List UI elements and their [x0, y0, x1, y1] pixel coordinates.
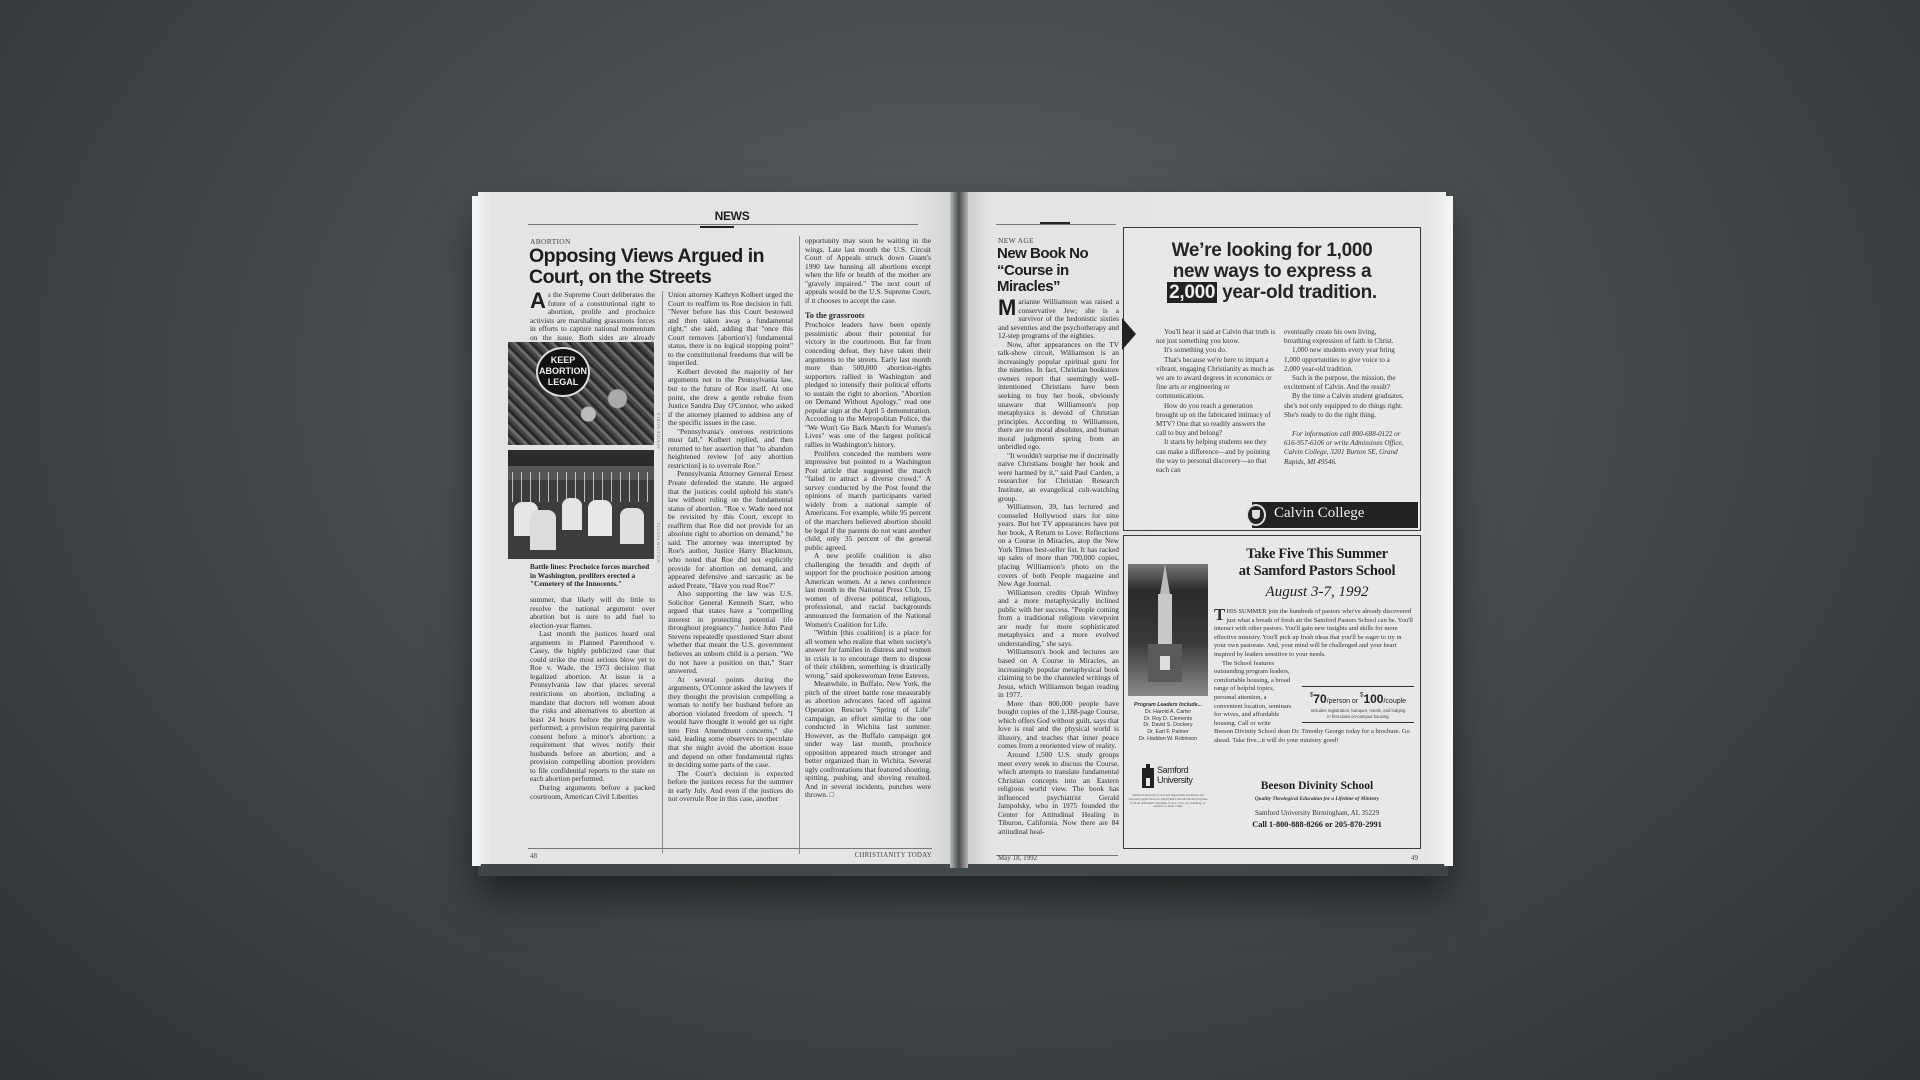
paragraph: How do you reach a generation brought up…: [1156, 402, 1276, 439]
paragraph: The School features outstanding program …: [1214, 660, 1296, 729]
headline-line-1: Opposing Views Argued in: [529, 246, 829, 267]
paragraph: Also supporting the law was U.S. Solicit…: [668, 590, 793, 675]
paragraph: Prolifers conceded the numbers were impr…: [805, 450, 931, 553]
paragraph: Around 1,500 U.S. study groups meet ever…: [998, 751, 1119, 836]
paragraph: During arguments before a packed courtro…: [530, 784, 655, 801]
price-label: /couple: [1383, 698, 1406, 705]
headline-line-2: Court, on the Streets: [529, 267, 829, 288]
paragraph: Williamson credits Oprah Winfrey and a m…: [998, 589, 1119, 649]
headline-line: “Course in: [997, 263, 1117, 280]
article-headline: New Book No “Course in Miracles”: [997, 246, 1117, 296]
leader-name: Dr. Earl F. Palmer: [1128, 729, 1208, 736]
contact-info: For information call 800-688-0122 or 616…: [1284, 430, 1404, 467]
top-rule: [528, 224, 918, 225]
ad-col1: You'll hear it said at Calvin that truth…: [1156, 328, 1276, 475]
top-rule: [996, 224, 1116, 225]
tombstone: [530, 510, 556, 550]
leader-name: Dr. Haddon W. Robinson: [1128, 736, 1208, 743]
col2: Union attorney Kathryn Kolbert urged the…: [668, 291, 793, 804]
school-tagline: Quality Theological Education for a Life…: [1214, 796, 1420, 802]
article-headline: Opposing Views Argued in Court, on the S…: [529, 246, 829, 288]
samford-logo-text: Samford University: [1157, 766, 1193, 785]
ad-body: THIS SUMMER join the hundreds of pastors…: [1214, 608, 1414, 746]
publication-title: CHRISTIANITY TODAY: [808, 852, 932, 859]
headline-line: New Book No: [997, 246, 1117, 263]
price-label: /person or: [1327, 698, 1360, 705]
paragraph: "Within [this coalition] is a place for …: [805, 629, 931, 680]
photo-cemetery: [508, 450, 654, 559]
paragraph: Beeson Divinity School dean Dr. Timothy …: [1214, 728, 1414, 745]
paragraph: Last month the justices heard oral argum…: [530, 630, 655, 784]
column-divider: [799, 236, 800, 854]
ad-dates: August 3-7, 1992: [1214, 584, 1420, 601]
ad-headline-line: 2,000 year-old tradition.: [1124, 282, 1420, 303]
dropcap: A: [530, 292, 546, 309]
eeo-note: Samford University is an Equal Opportuni…: [1128, 794, 1208, 809]
calvin-logo-text: Calvin College: [1274, 505, 1364, 522]
right-page: NEW AGE New Book No “Course in Miracles”…: [968, 192, 1446, 864]
samford-university-logo: Samford University: [1142, 766, 1202, 790]
calvin-logo-bar: Calvin College: [1252, 502, 1418, 528]
ad-col2: eventually create his own living, breath…: [1284, 328, 1404, 467]
section-marker: [1040, 222, 1070, 224]
paragraph: summer, that likely will do little to re…: [530, 596, 655, 630]
spine-gutter: [950, 192, 968, 868]
headline-rest: year-old tradition.: [1222, 282, 1377, 303]
paragraph: You'll hear it said at Calvin that truth…: [1156, 328, 1276, 346]
steeple: [1160, 564, 1170, 594]
paragraph: eventually create his own living, breath…: [1284, 328, 1404, 346]
paragraph: opportunity may soon be waiting in the w…: [805, 237, 931, 305]
paragraph: It's something you do.: [1156, 346, 1276, 355]
calvin-shield-icon: [1246, 504, 1266, 526]
price-couple: 100: [1363, 692, 1383, 706]
paragraph: At several points during the arguments, …: [668, 676, 793, 770]
leader-name: Dr. David S. Dockery: [1128, 722, 1208, 729]
paragraph: By the time a Calvin student graduates, …: [1284, 392, 1404, 420]
paragraph: Meanwhile, in Buffalo, New York, the pit…: [805, 680, 931, 800]
paragraph: More than 800,000 people have bought cop…: [998, 700, 1119, 751]
highlight-2000: 2,000: [1167, 282, 1217, 303]
price-person: 70: [1313, 692, 1326, 706]
chapel-door: [1160, 656, 1170, 670]
price-line: $70/person or $100/couple: [1302, 690, 1414, 708]
column-divider: [662, 291, 663, 853]
issue-date: May 18, 1992: [998, 854, 1037, 862]
samford-tower-icon: [1142, 768, 1154, 788]
price-note: Includes registration, banquet, meals, a…: [1302, 708, 1414, 719]
school-address: Samford University Birmingham, AL 35229: [1214, 809, 1420, 817]
ad-headline-line: Take Five This Summer: [1214, 546, 1420, 563]
photo1-credit: APWIDE WORLD: [656, 412, 661, 449]
tombstone: [588, 500, 612, 536]
paragraph: Union attorney Kathryn Kolbert urged the…: [668, 291, 793, 368]
arrow-marker-icon: [1122, 318, 1136, 350]
paragraph: Kolbert devoted the majority of her argu…: [668, 368, 793, 428]
article-kicker: NEW AGE: [998, 236, 1034, 245]
paragraph: "Pennsylvania's onerous restrictions mus…: [668, 428, 793, 471]
col3: opportunity may soon be waiting in the w…: [805, 237, 931, 800]
dropcap: M: [998, 299, 1016, 316]
paragraph: Such is the purpose, the mission, the ex…: [1284, 374, 1404, 392]
paragraph: Prochoice leaders have been openly pessi…: [805, 321, 931, 449]
paragraph: Pennsylvania Attorney General Ernest Pre…: [668, 470, 793, 590]
dropcap: T: [1214, 608, 1225, 622]
school-name: Beeson Divinity School: [1214, 780, 1420, 792]
photo2-credit: WILLIAM POVATA: [656, 522, 661, 563]
program-leaders: Program Leaders Include... Dr. Harold A.…: [1128, 702, 1208, 743]
footer-rule: [528, 848, 932, 849]
chapel-photo: [1128, 564, 1208, 696]
price-box: $70/person or $100/couple Includes regis…: [1302, 686, 1414, 723]
paragraph: Now, after appearances on the TV talk-sh…: [998, 341, 1119, 452]
crosses: [508, 472, 654, 502]
magazine-spread: NEWS ABORTION Opposing Views Argued in C…: [478, 192, 1446, 868]
photo-protest: KEEP ABORTION LEGAL: [508, 342, 654, 445]
leaders-title: Program Leaders Include...: [1128, 702, 1208, 709]
logo-line: University: [1157, 776, 1193, 786]
left-page: NEWS ABORTION Opposing Views Argued in C…: [478, 192, 950, 864]
paragraph: Williamson's book and lectures are based…: [998, 648, 1119, 699]
paragraph: The Court's decision is expected before …: [668, 770, 793, 804]
section-underline: [700, 226, 734, 228]
tombstone: [562, 498, 582, 530]
samford-pastors-school-ad: Take Five This Summer at Samford Pastors…: [1123, 535, 1421, 849]
paragraph: join the hundreds of pastors who've alre…: [1214, 608, 1413, 658]
tower: [1158, 594, 1172, 646]
new-age-body: Marianne Williamson was raised a conserv…: [998, 298, 1119, 836]
school-phone: Call 1-800-888-8266 or 205-870-2991: [1214, 820, 1420, 829]
ad-headline: We’re looking for 1,000 new ways to expr…: [1124, 240, 1420, 303]
leader-name: Dr. Roy D. Clements: [1128, 716, 1208, 723]
keep-abortion-legal-sign: KEEP ABORTION LEGAL: [536, 347, 590, 397]
headline-line: Miracles”: [997, 279, 1117, 296]
section-label: NEWS: [496, 209, 950, 223]
paragraph: That's because we're here to impart a vi…: [1156, 356, 1276, 402]
calvin-college-ad: We’re looking for 1,000 new ways to expr…: [1123, 227, 1421, 531]
tombstone: [620, 508, 644, 544]
photo-caption: Battle lines: Prochoice forces marched i…: [530, 563, 655, 589]
col1-bottom: summer, that likely will do little to re…: [530, 596, 655, 801]
ad-headline-line: We’re looking for 1,000: [1124, 240, 1420, 261]
paragraph: 1,000 new students every year bring 1,00…: [1284, 346, 1404, 374]
paragraph: "It wouldn't surprise me if doctrinally …: [998, 452, 1119, 503]
paragraph: It starts by helping students see they c…: [1156, 438, 1276, 475]
ad-headline-line: new ways to express a: [1124, 261, 1420, 282]
paragraph: A new prolife coalition is also challeng…: [805, 552, 931, 629]
page-number-left: 48: [530, 852, 537, 860]
page-number-right: 49: [1398, 854, 1418, 862]
ad-headline-line: at Samford Pastors School: [1214, 563, 1420, 580]
paragraph: Williamson, 39, has lectured and counsel…: [998, 503, 1119, 588]
intro-caps: HIS SUMMER: [1226, 608, 1266, 615]
leader-name: Dr. Harold A. Carter: [1128, 709, 1208, 716]
ad-headline: Take Five This Summer at Samford Pastors…: [1214, 546, 1420, 580]
